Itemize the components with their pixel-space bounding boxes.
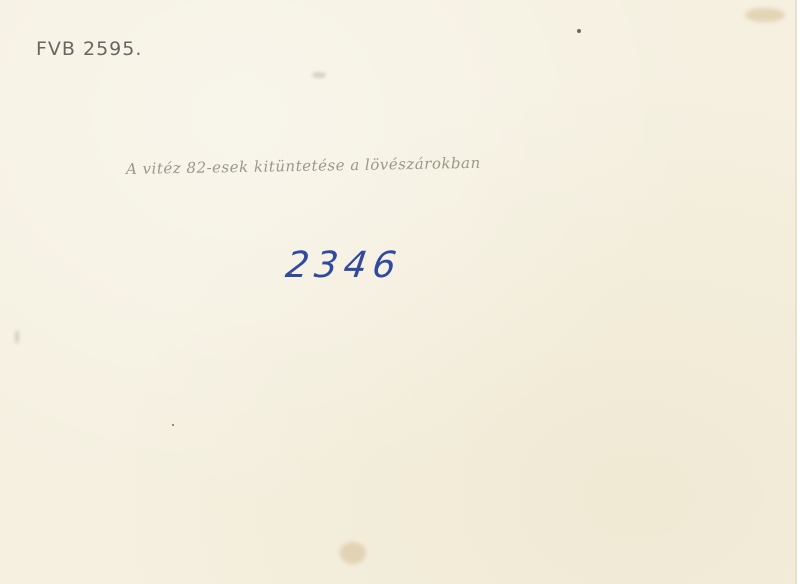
inventory-label: FVB 2595. [36,38,142,60]
paper-sheet: FVB 2595. A vitéz 82-esek kitüntetése a … [0,0,797,584]
paper-speck [172,424,174,426]
catalog-number: 2346 [283,245,404,286]
paper-speck [577,29,581,33]
handwritten-caption: A vitéz 82-esek kitüntetése a lövészárok… [126,154,481,178]
paper-stain [340,542,366,564]
paper-stain [745,8,785,22]
paper-speck [290,272,292,274]
paper-smudge [312,72,326,78]
paper-smudge [15,330,19,344]
